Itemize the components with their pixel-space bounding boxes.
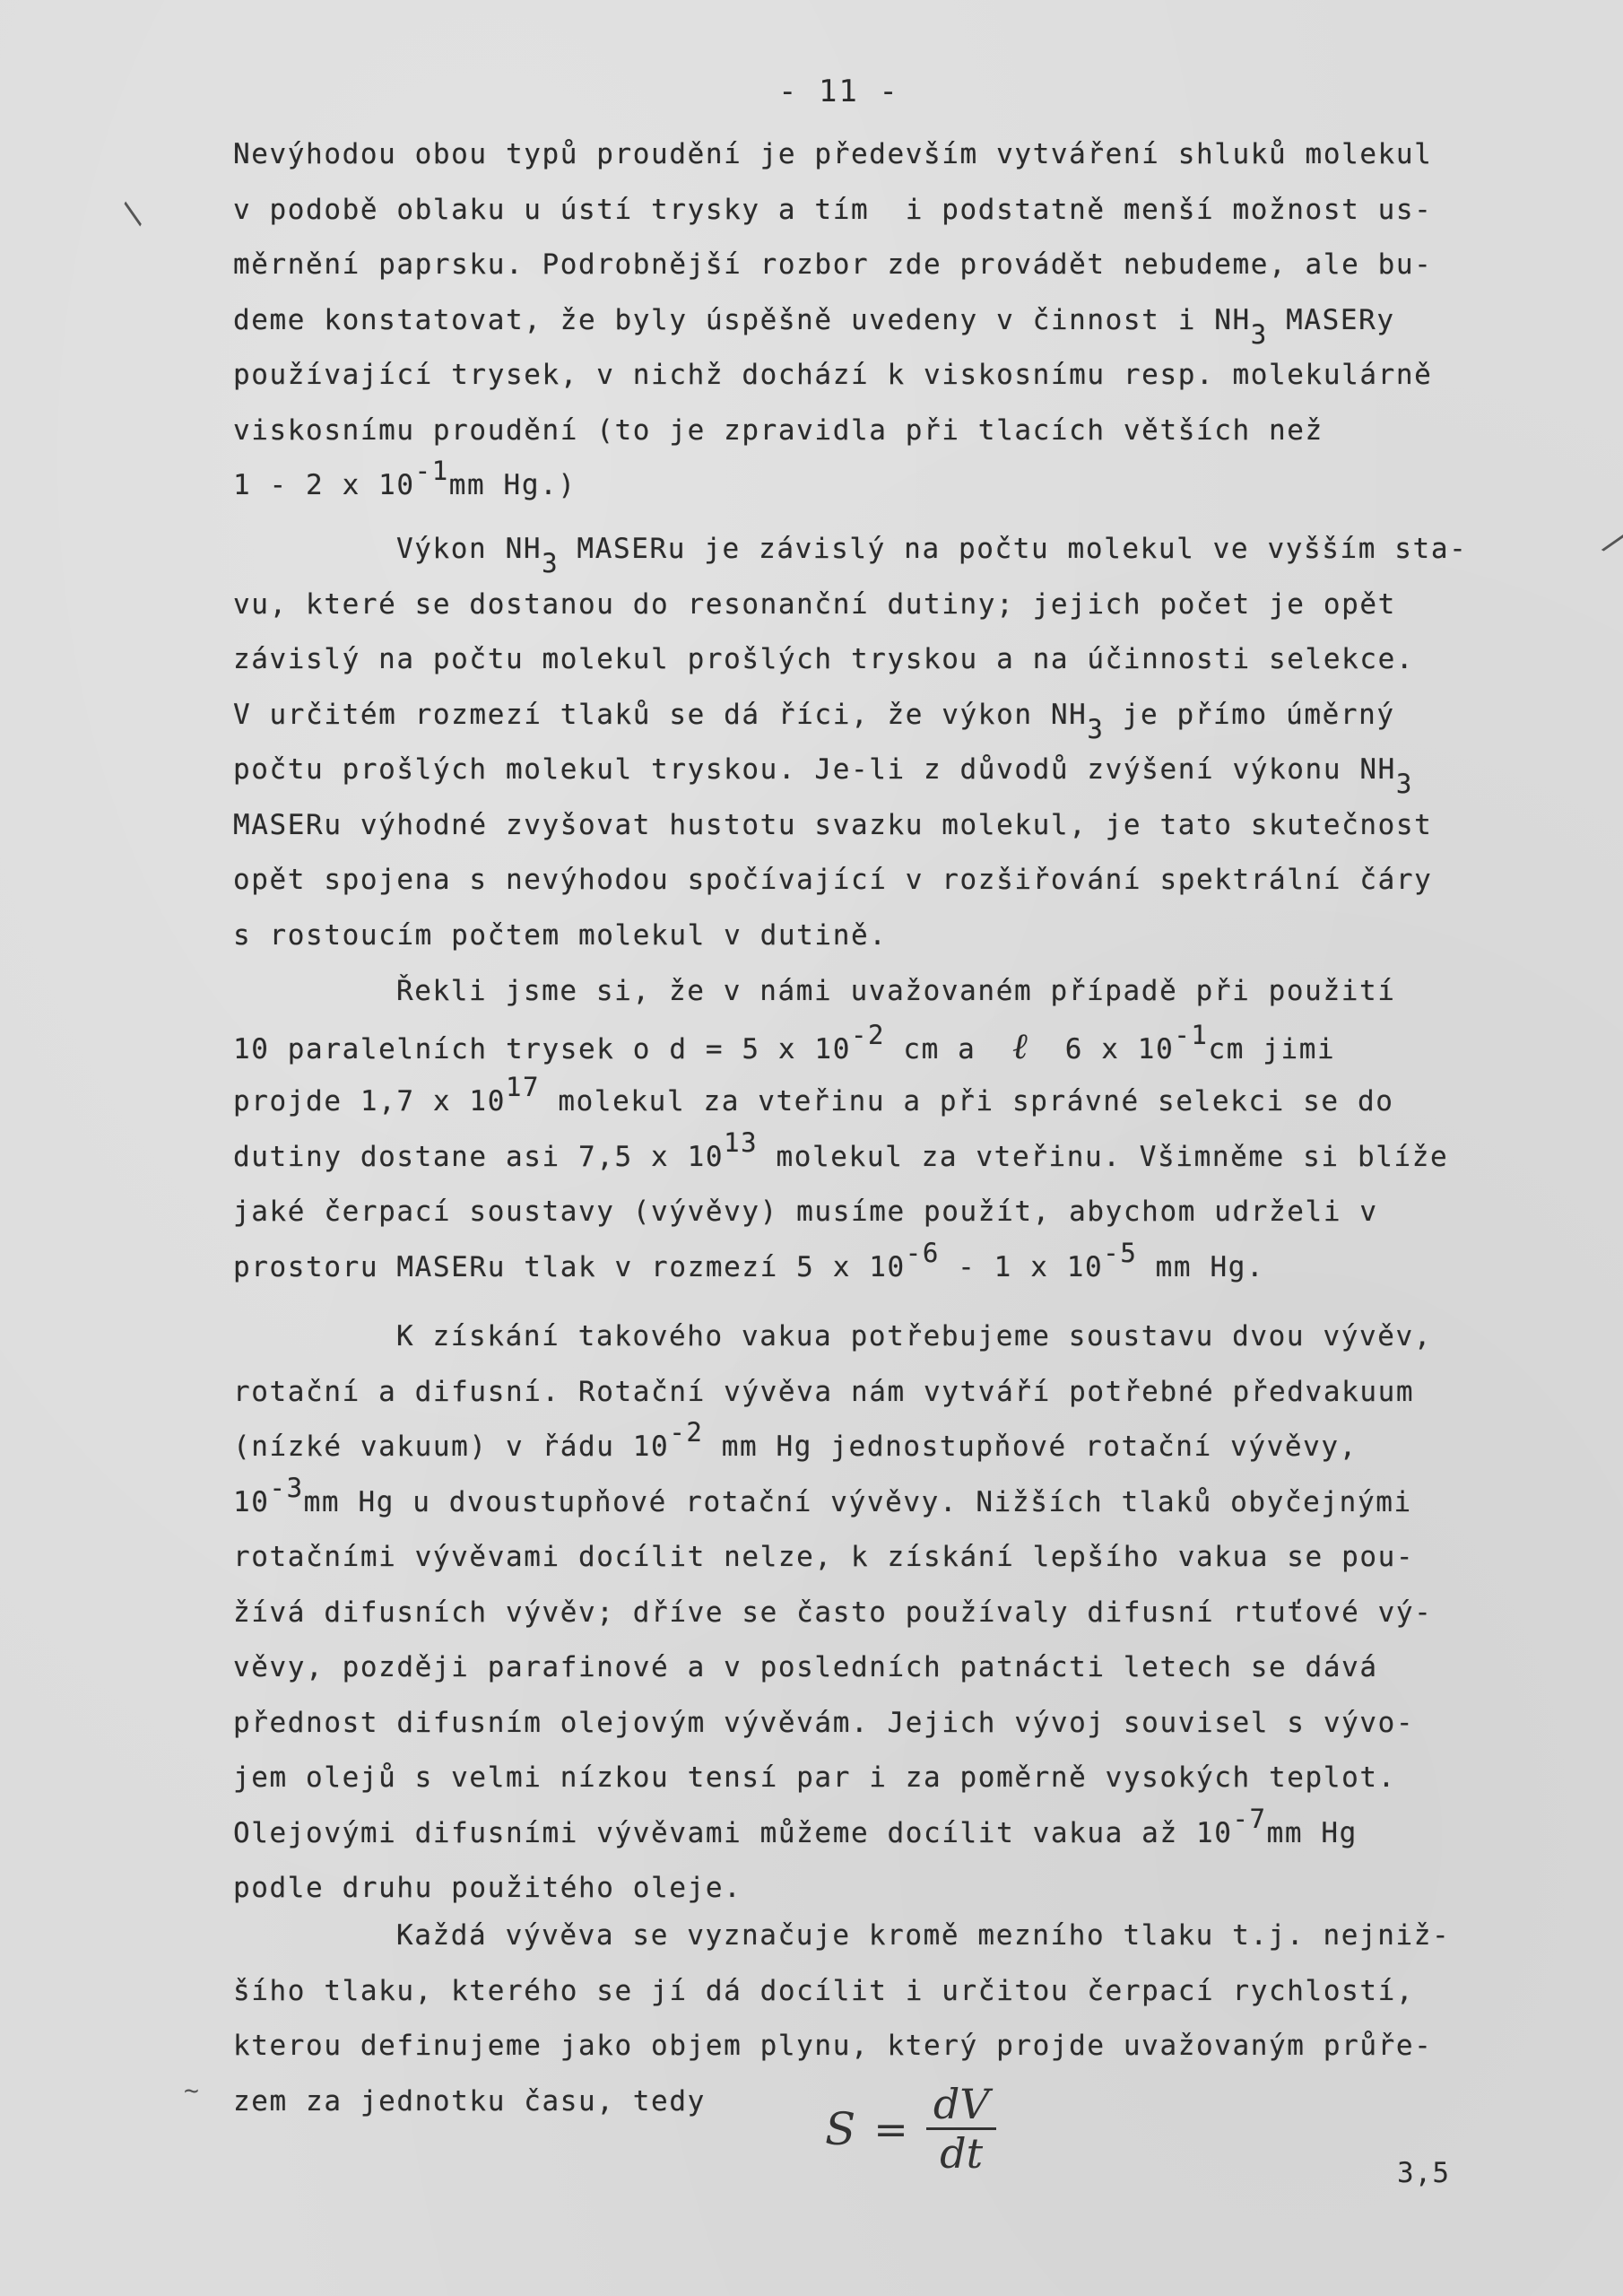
text-run: Řekli jsme si, že v námi uvažovaném příp…	[396, 975, 1396, 1007]
text-run: 10	[233, 1486, 270, 1518]
text-run: žívá difusních vývěv; dříve se často pou…	[233, 1596, 1432, 1629]
text-run: Nevýhodou obou typů proudění je předevší…	[233, 138, 1432, 170]
text-line: přednost difusním olejovým vývěvám. Jeji…	[233, 1705, 1414, 1741]
superscript-exponent: -5	[1103, 1238, 1137, 1268]
text-line: dutiny dostane asi 7,5 x 1013 molekul za…	[233, 1139, 1448, 1175]
text-line: žívá difusních vývěv; dříve se často pou…	[233, 1595, 1432, 1631]
text-run: mm Hg u dvoustupňové rotační vývěvy. Niž…	[304, 1486, 1412, 1518]
text-run: 1 - 2 x 10	[233, 469, 415, 501]
text-line: s rostoucím počtem molekul v dutině.	[233, 918, 888, 953]
text-run: je přímo úměrný	[1104, 699, 1394, 731]
text-line: závislý na počtu molekul prošlých trysko…	[233, 641, 1414, 677]
text-run: dutiny dostane asi 7,5 x 10	[233, 1141, 724, 1173]
text-run: K získání takového vakua potřebujeme sou…	[396, 1320, 1432, 1352]
text-run: V určitém rozmezí tlaků se dá říci, že v…	[233, 699, 1087, 731]
text-run: měrnění paprsku. Podrobnější rozbor zde …	[233, 248, 1432, 281]
text-line: jaké čerpací soustavy (vývěvy) musíme po…	[233, 1194, 1378, 1230]
formula-numerator: dV	[926, 2081, 997, 2130]
text-run: šího tlaku, kterého se jí dá docílit i u…	[233, 1975, 1414, 2007]
text-line: kterou definujeme jako objem plynu, kter…	[233, 2028, 1432, 2064]
text-line: projde 1,7 x 1017 molekul za vteřinu a p…	[233, 1083, 1393, 1119]
text-run: molekul za vteřinu. Všimněme si blíže	[758, 1141, 1448, 1173]
text-run: jaké čerpací soustavy (vývěvy) musíme po…	[233, 1196, 1378, 1228]
text-run: cm jimi	[1208, 1033, 1335, 1065]
text-line: V určitém rozmezí tlaků se dá říci, že v…	[233, 697, 1395, 733]
text-run: mm Hg jednostupňové rotační vývěvy,	[703, 1431, 1358, 1463]
text-line: Řekli jsme si, že v námi uvažovaném příp…	[396, 973, 1396, 1009]
text-run: jem olejů s velmi nízkou tensí par i za …	[233, 1761, 1396, 1794]
text-line: 10 paralelních trysek o d = 5 x 10-2 cm …	[233, 1029, 1335, 1067]
text-run: mm Hg.)	[449, 469, 577, 501]
formula-denominator: dt	[940, 2130, 983, 2177]
text-line: 1 - 2 x 10-1mm Hg.)	[233, 467, 577, 503]
text-run: vu, které se dostanou do resonanční duti…	[233, 588, 1396, 621]
text-run: - 1 x 10	[940, 1251, 1103, 1283]
text-run: rotační a difusní. Rotační vývěva nám vy…	[233, 1376, 1414, 1408]
superscript-exponent: 17	[506, 1072, 540, 1102]
text-run: v podobě oblaku u ústí trysky a tím i po…	[233, 194, 1432, 226]
subscript-index: 3	[1251, 319, 1268, 350]
margin-pencil-mark: /	[113, 196, 153, 230]
superscript-exponent: -2	[669, 1417, 703, 1448]
text-line: Nevýhodou obou typů proudění je předevší…	[233, 136, 1432, 172]
text-run: prostoru MASERu tlak v rozmezí 5 x 10	[233, 1251, 906, 1283]
handwritten-symbol: ℓ	[1012, 1026, 1028, 1067]
text-run: 10 paralelních trysek o d = 5 x 10	[233, 1033, 851, 1065]
text-line: Výkon NH3 MASERu je závislý na počtu mol…	[396, 531, 1467, 567]
text-line: věvy, později parafinové a v posledních …	[233, 1649, 1378, 1685]
formula-fraction: dV dt	[926, 2081, 997, 2177]
text-run: závislý na počtu molekul prošlých trysko…	[233, 643, 1414, 675]
text-line: opět spojena s nevýhodou spočívající v r…	[233, 862, 1432, 898]
text-run: počtu prošlých molekul tryskou. Je-li z …	[233, 753, 1396, 786]
text-run: (nízké vakuum) v řádu 10	[233, 1431, 669, 1463]
text-line: používající trysek, v nichž dochází k vi…	[233, 357, 1432, 393]
superscript-exponent: -2	[851, 1020, 885, 1050]
text-line: podle druhu použitého oleje.	[233, 1870, 742, 1906]
text-run: MASERy	[1268, 304, 1395, 336]
text-run: používající trysek, v nichž dochází k vi…	[233, 359, 1432, 391]
text-run: podle druhu použitého oleje.	[233, 1872, 742, 1904]
text-run: 6 x 10	[1028, 1033, 1174, 1065]
text-run: projde 1,7 x 10	[233, 1085, 506, 1118]
text-run: mm Hg	[1267, 1817, 1358, 1849]
text-run: deme konstatovat, že byly úspěšně uveden…	[233, 304, 1251, 336]
text-line: rotačními vývěvami docílit nelze, k získ…	[233, 1539, 1414, 1575]
equation-number: 3,5	[1397, 2157, 1450, 2189]
formula-equals: =	[873, 2105, 908, 2153]
text-run: rotačními vývěvami docílit nelze, k získ…	[233, 1541, 1414, 1573]
text-run: MASERu je závislý na počtu molekul ve vy…	[559, 533, 1467, 565]
text-line: K získání takového vakua potřebujeme sou…	[396, 1318, 1432, 1354]
text-run: opět spojena s nevýhodou spočívající v r…	[233, 864, 1432, 896]
text-line: 10-3mm Hg u dvoustupňové rotační vývěvy.…	[233, 1484, 1412, 1520]
formula-lhs: S	[825, 2103, 855, 2155]
text-run: viskosnímu proudění (to je zpravidla při…	[233, 414, 1324, 447]
text-run: mm Hg.	[1137, 1251, 1264, 1283]
subscript-index: 3	[1087, 714, 1104, 744]
text-line: Olejovými difusními vývěvami můžeme docí…	[233, 1815, 1358, 1851]
text-line: viskosnímu proudění (to je zpravidla při…	[233, 413, 1324, 448]
superscript-exponent: -1	[415, 456, 449, 486]
superscript-exponent: -6	[906, 1238, 940, 1268]
text-line: deme konstatovat, že byly úspěšně uveden…	[233, 302, 1395, 338]
superscript-exponent: -7	[1233, 1804, 1267, 1834]
subscript-index: 3	[1396, 769, 1413, 799]
margin-dash-mark: ~	[184, 2075, 199, 2105]
text-run: Každá vývěva se vyznačuje kromě mezního …	[396, 1919, 1450, 1952]
pumping-speed-formula: S = dV dt	[825, 2081, 996, 2177]
text-line: prostoru MASERu tlak v rozmezí 5 x 10-6 …	[233, 1249, 1264, 1285]
text-line: počtu prošlých molekul tryskou. Je-li z …	[233, 752, 1413, 787]
text-run: přednost difusním olejovým vývěvám. Jeji…	[233, 1707, 1414, 1739]
text-run: cm a	[885, 1033, 1012, 1065]
superscript-exponent: -3	[270, 1473, 304, 1503]
text-run: MASERu výhodné zvyšovat hustotu svazku m…	[233, 809, 1432, 841]
superscript-exponent: -1	[1174, 1020, 1208, 1050]
text-run: molekul za vteřinu a při správné selekci…	[540, 1085, 1393, 1118]
text-line: jem olejů s velmi nízkou tensí par i za …	[233, 1760, 1396, 1796]
page-number: - 11 -	[778, 74, 899, 109]
subscript-index: 3	[542, 548, 559, 578]
margin-pencil-mark: /	[1597, 523, 1623, 563]
text-run: Olejovými difusními vývěvami můžeme docí…	[233, 1817, 1233, 1849]
text-line: měrnění paprsku. Podrobnější rozbor zde …	[233, 247, 1432, 283]
superscript-exponent: 13	[724, 1127, 758, 1158]
text-line: MASERu výhodné zvyšovat hustotu svazku m…	[233, 807, 1432, 843]
text-line: (nízké vakuum) v řádu 10-2 mm Hg jednost…	[233, 1429, 1358, 1465]
text-line: zem za jednotku času, tedy	[233, 2083, 706, 2119]
text-line: Každá vývěva se vyznačuje kromě mezního …	[396, 1918, 1450, 1953]
text-run: zem za jednotku času, tedy	[233, 2085, 706, 2118]
text-run: Výkon NH	[396, 533, 542, 565]
text-run: věvy, později parafinové a v posledních …	[233, 1651, 1378, 1683]
text-line: rotační a difusní. Rotační vývěva nám vy…	[233, 1374, 1414, 1410]
text-run: kterou definujeme jako objem plynu, kter…	[233, 2030, 1432, 2062]
text-run: s rostoucím počtem molekul v dutině.	[233, 919, 888, 952]
text-line: šího tlaku, kterého se jí dá docílit i u…	[233, 1973, 1414, 2009]
text-line: v podobě oblaku u ústí trysky a tím i po…	[233, 192, 1432, 228]
text-line: vu, které se dostanou do resonanční duti…	[233, 587, 1396, 622]
